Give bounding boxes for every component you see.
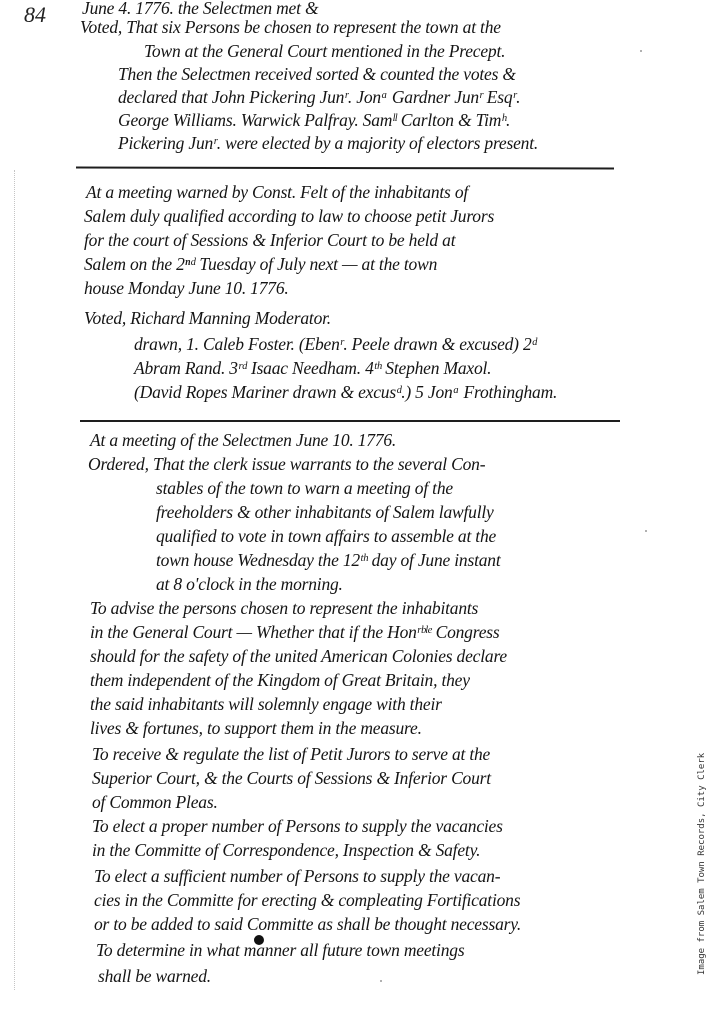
- entry-1-line-6: George Williams. Warwick Palfray. Samˡˡ …: [118, 110, 510, 131]
- entry-2-line-7: drawn, 1. Caleb Foster. (Ebenʳ. Peele dr…: [134, 334, 537, 355]
- entry-1-line-7: Pickering Junʳ. were elected by a majori…: [118, 133, 538, 154]
- paper-speck: [640, 50, 642, 52]
- entry-2-line-1: At a meeting warned by Const. Felt of th…: [86, 182, 468, 203]
- section-divider-2: [80, 420, 620, 422]
- entry-2-line-3: for the court of Sessions & Inferior Cou…: [84, 230, 455, 251]
- entry-2-line-5: house Monday June 10. 1776.: [84, 278, 289, 299]
- entry-3-line-9: in the General Court — Whether that if t…: [90, 622, 499, 643]
- entry-3-line-22: To determine in what manner all future t…: [96, 940, 464, 961]
- entry-3-line-21: or to be added to said Committe as shall…: [94, 914, 521, 935]
- page-edge-mark: [14, 170, 16, 990]
- entry-2-line-9: (David Ropes Mariner drawn & excusᵈ.) 5 …: [134, 382, 557, 403]
- entry-1-line-2: Voted, That six Persons be chosen to rep…: [80, 17, 501, 38]
- entry-3-line-5: qualified to vote in town affairs to ass…: [156, 526, 496, 547]
- entry-3-line-4: freeholders & other inhabitants of Salem…: [156, 502, 494, 523]
- entry-3-line-14: To receive & regulate the list of Petit …: [92, 744, 490, 765]
- entry-3-line-19: To elect a sufficient number of Persons …: [94, 866, 500, 887]
- entry-3-line-10: should for the safety of the united Amer…: [90, 646, 507, 667]
- entry-1-line-4: Then the Selectmen received sorted & cou…: [118, 64, 516, 85]
- entry-2-line-6: Voted, Richard Manning Moderator.: [84, 308, 331, 329]
- entry-3-line-8: To advise the persons chosen to represen…: [90, 598, 478, 619]
- ink-blot: [254, 935, 264, 945]
- entry-3-line-12: the said inhabitants will solemnly engag…: [90, 694, 442, 715]
- entry-3-line-1: At a meeting of the Selectmen June 10. 1…: [90, 430, 396, 451]
- entry-3-line-17: To elect a proper number of Persons to s…: [92, 816, 503, 837]
- entry-2-line-2: Salem duly qualified according to law to…: [84, 206, 494, 227]
- entry-3-line-2: Ordered, That the clerk issue warrants t…: [88, 454, 485, 475]
- entry-1-line-3: Town at the General Court mentioned in t…: [144, 41, 505, 62]
- entry-2-line-4: Salem on the 2ⁿᵈ Tuesday of July next — …: [84, 254, 437, 275]
- entry-1-line-5: declared that John Pickering Junʳ. Jonᵃ …: [118, 87, 520, 108]
- manuscript-page: 84 June 4. 1776. the Selectmen met & Vot…: [0, 0, 708, 1023]
- entry-3-line-11: them independent of the Kingdom of Great…: [90, 670, 470, 691]
- entry-3-line-16: of Common Pleas.: [92, 792, 218, 813]
- entry-3-line-15: Superior Court, & the Courts of Sessions…: [92, 768, 491, 789]
- section-divider-1: [76, 167, 614, 170]
- page-number: 84: [24, 2, 46, 28]
- entry-3-line-20: cies in the Committe for erecting & comp…: [94, 890, 520, 911]
- entry-3-line-6: town house Wednesday the 12ᵗʰ day of Jun…: [156, 550, 501, 571]
- entry-3-line-13: lives & fortunes, to support them in the…: [90, 718, 422, 739]
- entry-3-line-18: in the Committe of Correspondence, Inspe…: [92, 840, 480, 861]
- image-credit-caption: Image from Salem Town Records, City Cler…: [697, 753, 707, 975]
- entry-3-line-3: stables of the town to warn a meeting of…: [156, 478, 453, 499]
- entry-3-line-7: at 8 o'clock in the morning.: [156, 574, 343, 595]
- paper-speck: [645, 530, 647, 532]
- paper-speck: [380, 980, 382, 982]
- entry-2-line-8: Abram Rand. 3ʳᵈ Isaac Needham. 4ᵗʰ Steph…: [134, 358, 491, 379]
- entry-3-line-23: shall be warned.: [98, 966, 211, 987]
